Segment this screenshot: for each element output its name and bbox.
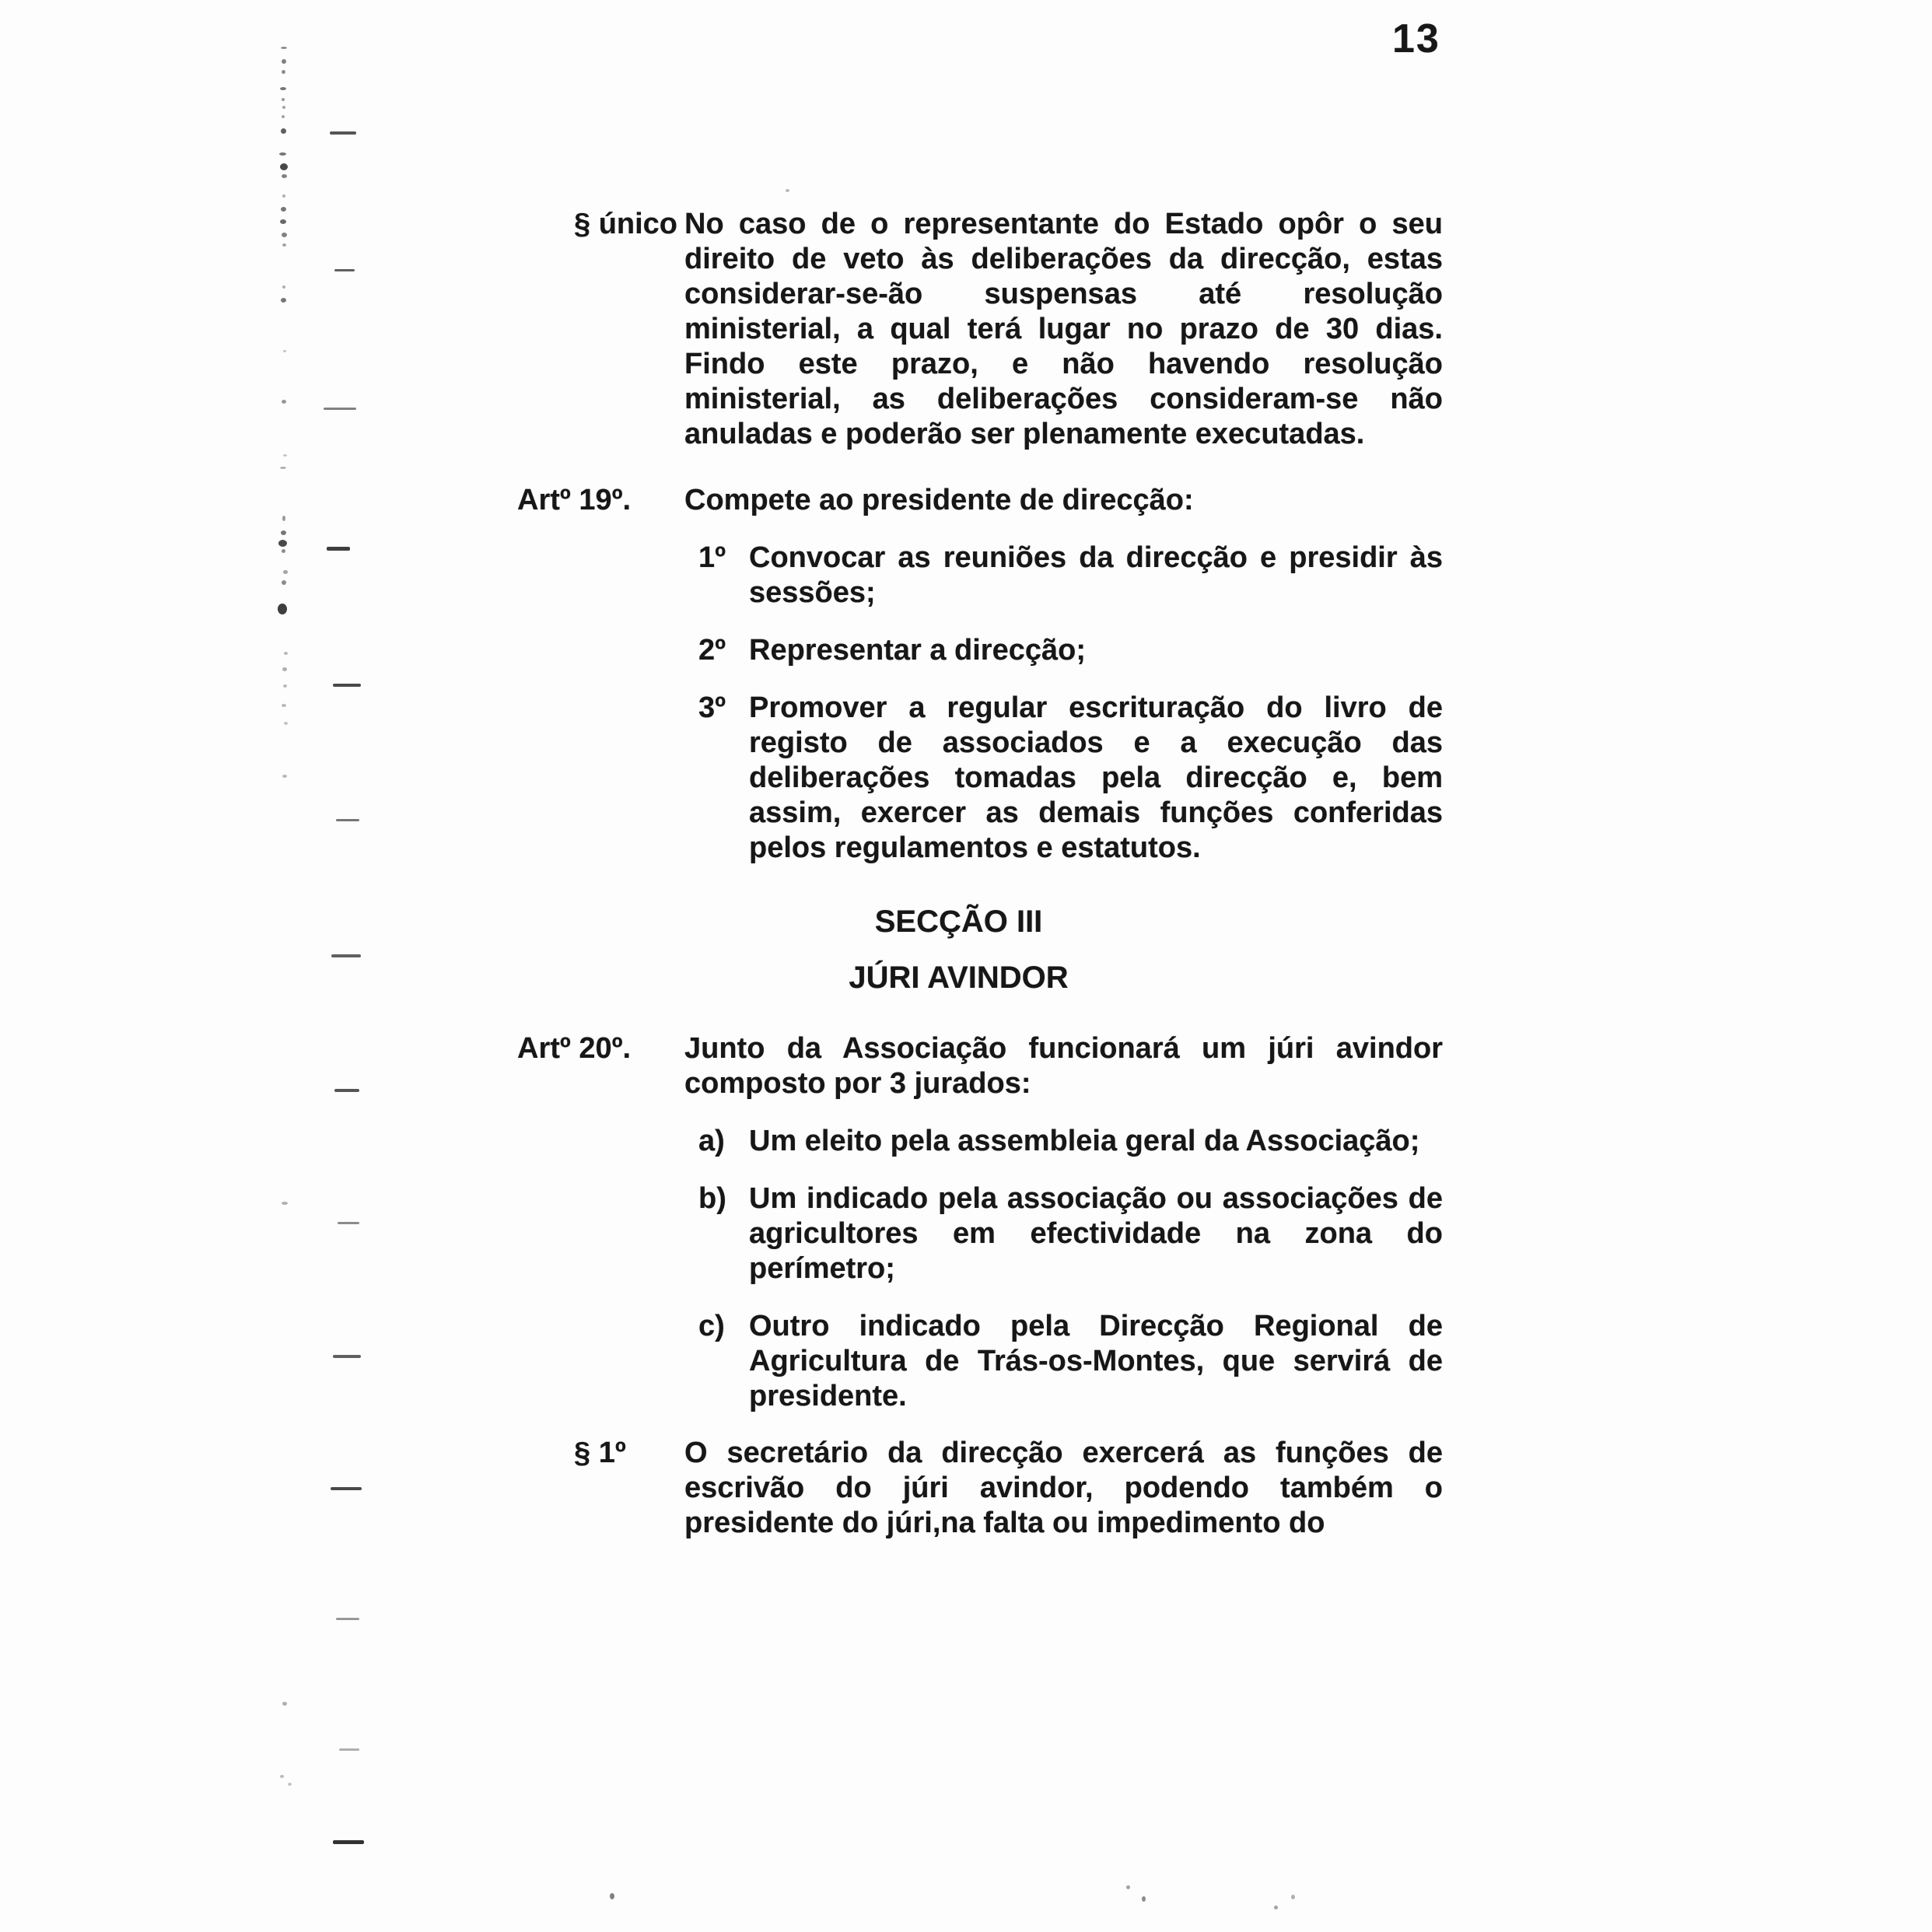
speckle-dot-mark (281, 207, 286, 212)
paragraph-text: No caso de o representante do Estado opô… (684, 207, 1443, 452)
speckle-dot-mark (282, 233, 287, 237)
scanned-document-page: 13 § único No caso de o representante do… (0, 0, 1932, 1932)
speckle-dot-mark (282, 115, 285, 118)
speckle-dot-mark (280, 87, 286, 90)
margin-dash-mark (324, 408, 356, 410)
paragraph-label: § único (517, 207, 684, 452)
speckle-dot-mark (279, 152, 286, 156)
margin-dash-mark (336, 1618, 359, 1620)
margin-dash-mark (334, 269, 355, 271)
speckle-dot-mark (1142, 1896, 1146, 1902)
speckle-dot-mark (282, 106, 285, 109)
speckle-dot-mark (281, 47, 287, 49)
section-heading: SECÇÃO III JÚRI AVINDOR (517, 905, 1400, 996)
speckle-dot-mark (282, 704, 286, 707)
speckle-dot-mark (282, 1702, 287, 1706)
article-label: Artº 19º. (517, 483, 684, 866)
paragraph-text: O secretário da direcção exercerá as fun… (684, 1436, 1443, 1541)
margin-dash-mark (333, 1840, 364, 1844)
item-text: Representar a direcção; (749, 633, 1443, 668)
document-text-column: § único No caso de o representante do Es… (517, 207, 1443, 1541)
article-19: Artº 19º. Compete ao presidente de direc… (517, 483, 1443, 866)
speckle-dot-mark (282, 400, 286, 404)
article-intro: Junto da Associação funcionará um júri a… (684, 1031, 1443, 1101)
margin-dash-mark (334, 1089, 359, 1092)
margin-dash-mark (336, 819, 359, 821)
paragraph-label: § 1º (517, 1436, 684, 1541)
article-20: Artº 20º. Junto da Associação funcionará… (517, 1031, 1443, 1414)
speckle-dot-mark (283, 454, 287, 457)
speckle-dot-mark (283, 350, 286, 352)
speckle-dot-mark (282, 285, 285, 289)
speckle-dot-mark (280, 219, 286, 224)
speckle-dot-mark (278, 604, 287, 614)
speckle-dot-mark (610, 1893, 614, 1899)
article-label: Artº 20º. (517, 1031, 684, 1414)
margin-dash-mark (327, 547, 350, 551)
speckle-dot-mark (282, 775, 287, 778)
speckle-dot-mark (282, 59, 286, 64)
speckle-dot-mark (282, 516, 285, 521)
speckle-dot-mark (284, 652, 288, 655)
list-item: c) Outro indicado pela Direcção Regional… (698, 1309, 1443, 1414)
speckle-dot-mark (282, 98, 285, 101)
list-item: 2º Representar a direcção; (698, 633, 1443, 668)
item-marker: 3º (698, 691, 749, 866)
speckle-dot-mark (282, 549, 285, 553)
list-item: 1º Convocar as reuniões da direcção e pr… (698, 541, 1443, 611)
speckle-dot-mark (281, 530, 286, 535)
speckle-dot-mark (288, 1783, 292, 1786)
speckle-dot-mark (280, 467, 286, 469)
speckle-dot-mark (283, 570, 288, 574)
margin-dash-mark (339, 1748, 359, 1751)
paragraph-unico: § único No caso de o representante do Es… (517, 207, 1443, 452)
speckle-dot-mark (281, 298, 286, 303)
margin-dash-mark (330, 131, 356, 135)
speckle-dot-mark (282, 667, 287, 671)
item-marker: 1º (698, 541, 749, 611)
item-text: Convocar as reuniões da direcção e presi… (749, 541, 1443, 611)
item-marker: 2º (698, 633, 749, 668)
margin-dash-mark (333, 1355, 361, 1358)
margin-dash-mark (331, 1487, 362, 1490)
speckle-dot-mark (280, 1775, 284, 1778)
speckle-dot-mark (282, 580, 286, 585)
page-number: 13 (1392, 16, 1440, 62)
speckle-dot-mark (1126, 1885, 1130, 1889)
speckle-dot-mark (282, 70, 285, 74)
speckle-dot-mark (281, 128, 286, 134)
speckle-dot-mark (284, 722, 288, 725)
list-item: a) Um eleito pela assembleia geral da As… (698, 1124, 1443, 1159)
list-item: 3º Promover a regular escrituração do li… (698, 691, 1443, 866)
speckle-dot-mark (283, 684, 287, 688)
item-text: Outro indicado pela Direcção Regional de… (749, 1309, 1443, 1414)
item-marker: b) (698, 1181, 749, 1286)
item-marker: c) (698, 1309, 749, 1414)
speckle-dot-mark (280, 163, 288, 170)
margin-dash-mark (331, 954, 361, 957)
speckle-dot-mark (786, 189, 789, 192)
section-subtitle: JÚRI AVINDOR (517, 961, 1400, 996)
section-title: SECÇÃO III (517, 905, 1400, 940)
margin-dash-mark (338, 1222, 359, 1224)
speckle-dot-mark (282, 1202, 288, 1205)
speckle-dot-mark (1291, 1895, 1295, 1899)
item-text: Um eleito pela assembleia geral da Assoc… (749, 1124, 1443, 1159)
item-text: Promover a regular escrituração do livro… (749, 691, 1443, 866)
speckle-dot-mark (282, 194, 285, 198)
article-intro: Compete ao presidente de direcção: (684, 483, 1443, 518)
item-text: Um indicado pela associação ou associaçõ… (749, 1181, 1443, 1286)
margin-dash-mark (333, 684, 361, 687)
speckle-dot-mark (282, 243, 286, 247)
speckle-dot-mark (278, 540, 287, 547)
paragraph-1: § 1º O secretário da direcção exercerá a… (517, 1436, 1443, 1541)
list-item: b) Um indicado pela associação ou associ… (698, 1181, 1443, 1286)
item-marker: a) (698, 1124, 749, 1159)
speckle-dot-mark (1274, 1906, 1278, 1909)
speckle-dot-mark (282, 174, 287, 178)
